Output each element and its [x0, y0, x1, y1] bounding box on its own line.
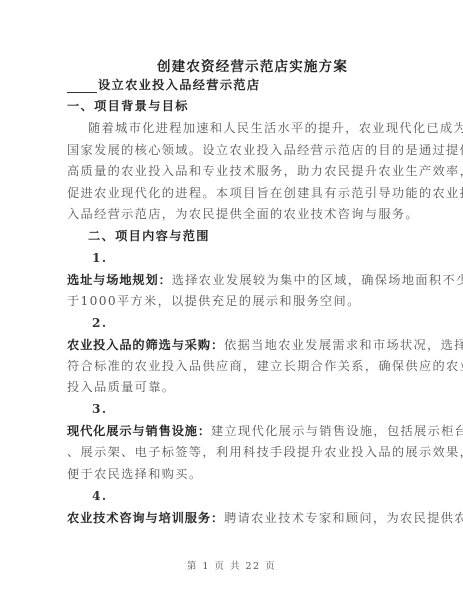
- paragraph-line: 随着城市化进程加速和人民生活水平的提升，农业现代化已成为: [88, 120, 463, 136]
- section1-heading: 一、项目背景与目标: [67, 98, 189, 114]
- document-title: 创建农资经营示范店实施方案: [0, 55, 463, 75]
- paragraph-line: 促进农业现代化的进程。本项目旨在创建具有示范引导功能的农业投: [67, 185, 463, 201]
- item-line: 选址与场地规划：选择农业发展较为集中的区域，确保场地面积不少: [67, 272, 463, 288]
- subtitle-line: 设立农业投入品经营示范店: [67, 77, 260, 93]
- item-line: 于1000平方米，以提供充足的展示和服务空间。: [67, 293, 361, 309]
- item-line: 农业投入品的筛选与采购：依据当地农业发展需求和市场状况，选择: [67, 337, 463, 353]
- item-line: 农业技术咨询与培训服务：聘请农业技术专家和顾问，为农民提供农: [67, 510, 463, 526]
- paragraph-line: 入品经营示范店，为农民提供全面的农业技术咨询与服务。: [67, 206, 419, 222]
- item-line: 现代化展示与销售设施：建立现代化展示与销售设施，包括展示柜台: [67, 423, 463, 439]
- item-term: 现代化展示与销售设施：: [67, 424, 211, 438]
- item-number: 2.: [92, 315, 107, 331]
- blank-underline: [67, 80, 97, 93]
- section2-heading: 二、项目内容与范围: [88, 228, 210, 244]
- item-number: 4.: [92, 488, 107, 504]
- item-text: 建立现代化展示与销售设施，包括展示柜台: [211, 424, 463, 438]
- item-text: 聘请农业技术专家和顾问，为农民提供农: [224, 511, 463, 525]
- item-number: 1.: [92, 250, 107, 266]
- item-line: 符合标准的农业投入品供应商，建立长期合作关系，确保供应的农业: [67, 358, 463, 374]
- paragraph-line: 国家发展的核心领域。设立农业投入品经营示范店的目的是通过提供: [67, 142, 463, 158]
- item-term: 农业投入品的筛选与采购：: [67, 338, 224, 352]
- item-term: 选址与场地规划：: [67, 273, 172, 287]
- item-term: 农业技术咨询与培训服务：: [67, 511, 224, 525]
- item-text: 依据当地农业发展需求和市场状况，选择: [224, 338, 463, 352]
- page-footer: 第 1 页 共 22 页: [0, 558, 463, 572]
- subtitle-text: 设立农业投入品经营示范店: [98, 78, 260, 92]
- item-line: 、展示架、电子标签等，利用科技手段提升农业投入品的展示效果，: [67, 444, 463, 460]
- item-line: 投入品质量可靠。: [67, 379, 175, 395]
- item-text: 选择农业发展较为集中的区域，确保场地面积不少: [172, 273, 463, 287]
- item-number: 3.: [92, 401, 107, 417]
- paragraph-line: 高质量的农业投入品和专业技术服务，助力农民提升农业生产效率，: [67, 163, 463, 179]
- item-line: 便于农民选择和购买。: [67, 466, 202, 482]
- document-page: 创建农资经营示范店实施方案 设立农业投入品经营示范店 一、项目背景与目标 随着城…: [0, 0, 463, 600]
